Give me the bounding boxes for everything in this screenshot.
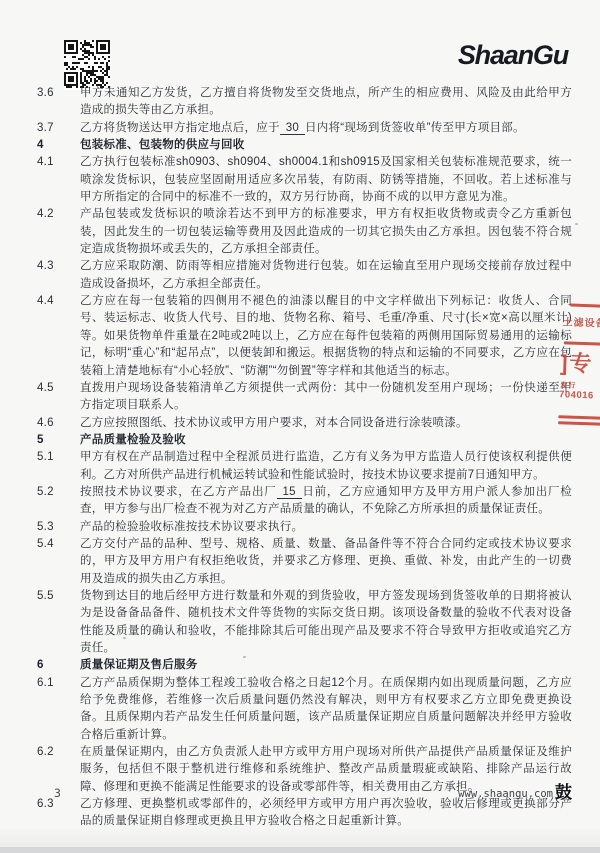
clause-number: 4.2	[37, 206, 80, 258]
red-stamp: 土滤设备 ]专 发行 704016	[558, 301, 600, 437]
clause-text: 乙方将货物送达甲方指定地点后，应于30日内将“现场到货签收单”传至甲方项目部。	[80, 120, 572, 137]
scan-speck	[123, 637, 126, 639]
clause-number: 3.6	[37, 85, 80, 120]
clause-text: 乙方产品质保期为整体工程竣工验收合格之日起12个月。在质保期内如出现质量问题，乙…	[80, 675, 572, 744]
clause-number: 6.3	[37, 796, 80, 831]
stamp-text-big: ]专	[560, 346, 594, 378]
clause-item: 5.4乙方交付产品的品种、型号、规格、质量、数量、备品备件等不符合合同约定或技术…	[37, 536, 572, 588]
clause-number: 5.3	[37, 519, 80, 536]
clause-item: 3.6甲方未通知乙方发货，乙方擅自将货物发至交货地点，所产生的相应费用、风险及由…	[37, 85, 572, 120]
clause-item: 4.1乙方执行包装标准sh0903、sh0904、sh0004.1和sh0915…	[37, 154, 572, 206]
clause-number: 5.5	[37, 588, 80, 657]
clause-text: 乙方应采取防潮、防雨等相应措施对货物进行包装。如在运输直至用户现场交接前存放过程…	[80, 258, 572, 293]
stamp-border-line	[558, 421, 600, 425]
clause-list: 3.6甲方未通知乙方发货，乙方擅自将货物发至交货地点，所产生的相应费用、风险及由…	[37, 85, 572, 831]
clause-number: 5	[37, 432, 80, 449]
clause-number: 5.2	[37, 484, 80, 519]
section-heading: 4包装标准、包装物的供应与回收	[37, 137, 572, 154]
clause-number: 3.7	[37, 120, 80, 137]
clause-text: 乙方交付产品的品种、型号、规格、质量、数量、备品备件等不符合合同约定或技术协议要…	[80, 536, 572, 588]
clause-text: 直拨用户现场设备装箱清单乙方须提供一式两份：其中一份随机发至用户现场；一份快递至…	[80, 380, 572, 415]
clause-item: 5.2按照技术协议要求，在乙方产品出厂15日前，乙方应通知甲方及甲方用户派人参加…	[37, 484, 572, 519]
document-page: ShaanGu 3.6甲方未通知乙方发货，乙方擅自将货物发至交货地点，所产生的相…	[0, 0, 600, 853]
clause-item: 4.5直拨用户现场设备装箱清单乙方须提供一式两份：其中一份随机发至用户现场；一份…	[37, 380, 572, 415]
clause-item: 5.1甲方有权在产品制造过程中全程派员进行监造，乙方有义务为甲方监造人员行使该权…	[37, 449, 572, 484]
clause-item: 3.7乙方将货物送达甲方指定地点后，应于30日内将“现场到货签收单”传至甲方项目…	[37, 120, 572, 137]
clause-text: 乙方执行包装标准sh0903、sh0904、sh0004.1和sh0915及国家…	[80, 154, 572, 206]
clause-item: 4.3乙方应采取防潮、防雨等相应措施对货物进行包装。如在运输直至用户现场交接前存…	[37, 258, 572, 293]
clause-text: 乙方应在每一包装箱的四侧用不褪色的油漆以醒目的中文字样做出下列标记：收货人、合同…	[80, 293, 572, 380]
qr-code	[64, 40, 110, 90]
scan-speck	[243, 656, 246, 658]
clause-text: 产品质量检验及验收	[80, 432, 572, 449]
clause-text: 质量保证期及售后服务	[80, 657, 572, 674]
clause-item: 6.1乙方产品质保期为整体工程竣工验收合格之日起12个月。在质保期内如出现质量问…	[37, 675, 572, 744]
filled-blank-value: 15	[277, 486, 302, 499]
section-heading: 6质量保证期及售后服务	[37, 657, 572, 674]
stamp-border-line	[564, 341, 600, 345]
clause-number: 6	[37, 657, 80, 674]
page-number: 3	[54, 786, 61, 800]
clause-number: 5.4	[37, 536, 80, 588]
clause-text: 乙方应按照图纸、技术协议或甲方用户要求，对本合同设备进行涂装喷漆。	[80, 415, 572, 432]
stamp-text-top: 土滤设备	[562, 313, 600, 330]
clause-number: 4.4	[37, 293, 80, 380]
stamp-digits: 704016	[559, 389, 594, 401]
clause-number: 4.5	[37, 380, 80, 415]
clause-text: 货物到达目的地后经甲方进行数量和外观的到货验收，甲方签发现场到货签收单的日期将被…	[80, 588, 572, 657]
clause-text: 甲方未通知乙方发货，乙方擅自将货物发至交货地点，所产生的相应费用、风险及由此给甲…	[80, 85, 572, 120]
clause-text: 按照技术协议要求，在乙方产品出厂15日前，乙方应通知甲方及甲方用户派人参加出厂检…	[80, 484, 572, 519]
clause-number: 6.1	[37, 675, 80, 744]
clause-item: 4.6乙方应按照图纸、技术协议或甲方用户要求，对本合同设备进行涂装喷漆。	[37, 415, 572, 432]
clause-item: 4.4乙方应在每一包装箱的四侧用不褪色的油漆以醒目的中文字样做出下列标记：收货人…	[37, 293, 572, 380]
section-heading: 5产品质量检验及验收	[37, 432, 572, 449]
clause-text: 产品包装或发货标识的喷涂若达不到甲方的标准要求，甲方有权拒收货物或责令乙方重新包…	[80, 206, 572, 258]
stamp-border-line	[570, 304, 600, 308]
clause-text: 甲方有权在产品制造过程中全程派员进行监造，乙方有义务为甲方监造人员行使该权利提供…	[80, 449, 572, 484]
clause-item: 4.2产品包装或发货标识的喷涂若达不到甲方的标准要求，甲方有权拒收货物或责令乙方…	[37, 206, 572, 258]
clause-number: 4.6	[37, 415, 80, 432]
clause-number: 4	[37, 137, 80, 154]
clause-item: 5.5货物到达目的地后经甲方进行数量和外观的到货验收，甲方签发现场到货签收单的日…	[37, 588, 572, 657]
clause-text: 包装标准、包装物的供应与回收	[80, 137, 572, 154]
website-url: www.shaangu.com	[458, 788, 553, 800]
brand-seal-glyph: 鼓	[555, 785, 572, 802]
filled-blank-value: 30	[280, 122, 305, 135]
shaangu-logo: ShaanGu	[458, 40, 568, 71]
website-footer: www.shaangu.com 鼓	[458, 785, 572, 802]
clause-text: 产品的检验验收标准按技术协议要求执行。	[80, 519, 572, 536]
clause-number: 4.1	[37, 154, 80, 206]
stamp-border-line	[558, 415, 600, 419]
clause-item: 5.3产品的检验验收标准按技术协议要求执行。	[37, 519, 572, 536]
scan-edge	[0, 847, 600, 853]
clause-number: 4.3	[37, 258, 80, 293]
scan-speck	[575, 223, 578, 225]
clause-number: 5.1	[37, 449, 80, 484]
